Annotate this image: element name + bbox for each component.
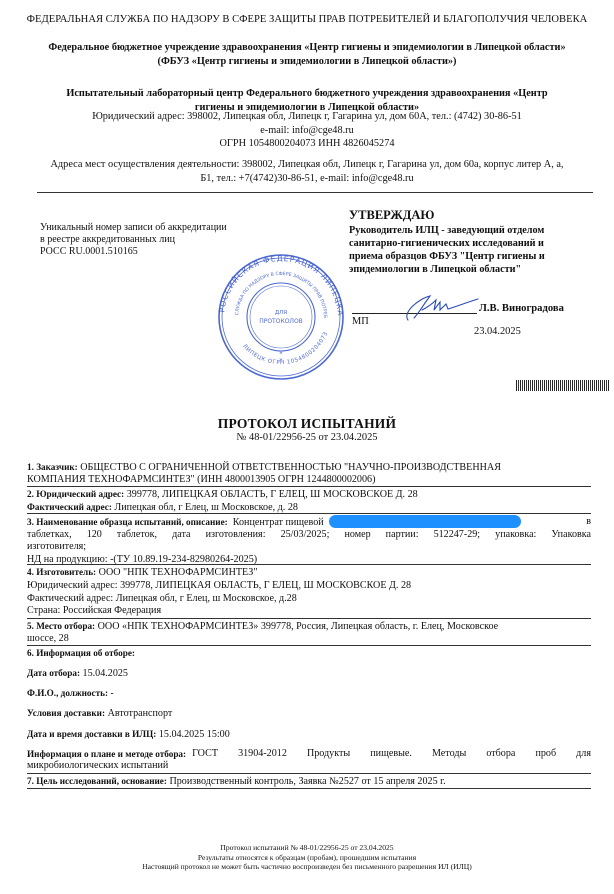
sampling-method-line2: микробиологических испытаний xyxy=(27,760,591,772)
sampling-date-label: Дата отбора: xyxy=(27,668,80,678)
delivery-datetime-row: Дата и время доставки в ИЛЦ: 15.04.2025 … xyxy=(27,728,591,741)
protocol-number: № 48-01/22956-25 от 23.04.2025 xyxy=(0,432,614,443)
section-purpose: 7. Цель исследований, основание: Произво… xyxy=(27,775,591,788)
approval-title: УТВЕРЖДАЮ xyxy=(349,208,434,223)
accreditation-line2: в реестре аккредитованных лиц xyxy=(40,234,300,246)
footer-results-note: Результаты относятся к образцам (пробам)… xyxy=(0,853,614,863)
approval-line1: Руководитель ИЛЦ - заведующий отделом xyxy=(349,224,599,237)
legal-address-label: 2. Юридический адрес: xyxy=(27,489,124,499)
sampling-place-label: 5. Место отбора: xyxy=(27,621,95,631)
ministry-heading: ФЕДЕРАЛЬНАЯ СЛУЖБА ПО НАДЗОРУ В СФЕРЕ ЗА… xyxy=(20,13,594,26)
sampling-method-line1: ГОСТ 31904-2012 Продукты пищевые. Методы… xyxy=(192,748,591,760)
delivery-conditions-row: Условия доставки: Автотранспорт xyxy=(27,707,591,720)
customer-name-line1: ОБЩЕСТВО С ОГРАНИЧЕННОЙ ОТВЕТСТВЕННОСТЬЮ… xyxy=(80,462,501,473)
responsible-person-row: Ф.И.О., должность: - xyxy=(27,687,591,700)
footer-protocol-ref: Протокол испытаний № 48-01/22956-25 от 2… xyxy=(0,843,614,853)
sample-label: 3. Наименование образца испытаний, описа… xyxy=(27,517,228,527)
ogrn-inn: ОГРН 1054800204073 ИНН 4826045274 xyxy=(20,137,594,151)
header-divider xyxy=(37,192,593,193)
customer-name-line2: КОМПАНИЯ ТЕХНОФАРМСИНТЕЗ" (ИНН 480001390… xyxy=(27,474,591,486)
section-divider xyxy=(27,773,591,774)
section-divider xyxy=(27,788,591,789)
approval-line2: санитарно-гигиенических исследований и xyxy=(349,237,599,250)
svg-text:ДЛЯ: ДЛЯ xyxy=(275,310,287,316)
sampling-place-line1: ООО «НПК ТЕХНОФАРМСИНТЕЗ» 399778, Россия… xyxy=(98,621,499,632)
sampling-date-value: 15.04.2025 xyxy=(83,668,128,679)
section-sample: 3. Наименование образца испытаний, описа… xyxy=(27,515,591,566)
accreditation-line1: Уникальный номер записи об аккредитации xyxy=(40,222,300,234)
delivery-datetime-value: 15.04.2025 15:00 xyxy=(159,729,230,740)
actual-address-value: Липецкая обл, г Елец, ш Московское, д. 2… xyxy=(114,502,298,513)
manufacturer-country: Страна: Российская Федерация xyxy=(27,605,591,618)
fbuz-heading: Федеральное бюджетное учреждение здравоо… xyxy=(20,41,594,68)
responsible-person-value: - xyxy=(111,688,114,698)
svg-text:ПРОТОКОЛОВ: ПРОТОКОЛОВ xyxy=(259,318,303,325)
customer-label: 1. Заказчик: xyxy=(27,462,78,472)
svg-text:*: * xyxy=(279,357,283,365)
signer-name: Л.В. Виноградова xyxy=(479,303,564,314)
approval-date: 23.04.2025 xyxy=(474,326,521,337)
section-manufacturer: 4. Изготовитель: ООО "НПК ТЕХНОФАРМСИНТЕ… xyxy=(27,566,591,618)
sample-desc-line2: таблетках, 120 таблеток, дата изготовлен… xyxy=(27,529,591,541)
protocol-title: ПРОТОКОЛ ИСПЫТАНИЙ xyxy=(0,416,614,432)
responsible-person-label: Ф.И.О., должность: xyxy=(27,688,108,698)
legal-address-value: 399778, ЛИПЕЦКАЯ ОБЛАСТЬ, Г ЕЛЕЦ, Ш МОСК… xyxy=(127,489,418,500)
section-sampling-place: 5. Место отбора: ООО «НПК ТЕХНОФАРМСИНТЕ… xyxy=(27,620,591,645)
actual-address-label: Фактический адрес: xyxy=(27,502,112,512)
approval-line4: эпидемиологии в Липецкой области" xyxy=(349,263,599,276)
fbuz-short-name: (ФБУЗ «Центр гигиены и эпидемиологии в Л… xyxy=(20,55,594,69)
section-divider xyxy=(27,513,591,514)
manufacturer-label: 4. Изготовитель: xyxy=(27,567,96,577)
delivery-conditions-label: Условия доставки: xyxy=(27,708,105,718)
page-footer: Протокол испытаний № 48-01/22956-25 от 2… xyxy=(0,843,614,872)
approval-line3: приема образцов ФБУЗ "Центр гигиены и xyxy=(349,250,599,263)
section-divider xyxy=(27,486,591,487)
ilc-name-line1: Испытательный лабораторный центр Федерал… xyxy=(20,87,594,101)
activity-address-line2: Б1, тел.: +7(4742)30-86-51, e-mail: info… xyxy=(20,172,594,186)
section-sampling-info: 6. Информация об отборе: xyxy=(27,647,591,659)
seal-place-label: МП xyxy=(352,316,369,327)
email: e-mail: info@cge48.ru xyxy=(20,124,594,138)
sampling-date-row: Дата отбора: 15.04.2025 xyxy=(27,667,591,680)
sample-desc-continuation: в xyxy=(586,516,591,528)
activity-addresses: Адреса мест осуществления деятельности: … xyxy=(20,158,594,185)
official-stamp: РОССИЙСКАЯ ФЕДЕРАЦИЯ ЛИПЕЦКАЯ ОБЛАСТЬ СЛ… xyxy=(210,252,352,382)
sampling-info-label: 6. Информация об отборе: xyxy=(27,647,591,659)
barcode xyxy=(516,380,609,391)
sample-desc-line3: изготовителя; xyxy=(27,541,591,553)
section-divider xyxy=(27,618,591,619)
handwritten-signature xyxy=(400,292,480,324)
footer-reproduction-note: Настоящий протокол не может быть частичн… xyxy=(0,862,614,872)
approval-position: Руководитель ИЛЦ - заведующий отделом са… xyxy=(349,224,599,276)
delivery-datetime-label: Дата и время доставки в ИЛЦ: xyxy=(27,729,156,739)
delivery-conditions-value: Автотранспорт xyxy=(108,708,173,719)
redacted-product-name xyxy=(329,515,521,528)
svg-text:ЛИПЕЦК ОГРН 1054800204073: ЛИПЕЦК ОГРН 1054800204073 xyxy=(241,331,329,366)
fbuz-name: Федеральное бюджетное учреждение здравоо… xyxy=(20,41,594,55)
purpose-label: 7. Цель исследований, основание: xyxy=(27,776,167,786)
activity-address-line1: Адреса мест осуществления деятельности: … xyxy=(20,158,594,172)
section-legal-address: 2. Юридический адрес: 399778, ЛИПЕЦКАЯ О… xyxy=(27,488,591,514)
section-divider xyxy=(27,645,591,646)
section-divider xyxy=(27,564,591,565)
manufacturer-actual-address: Фактический адрес: Липецкая обл, г Елец,… xyxy=(27,593,591,606)
ministry-name: ФЕДЕРАЛЬНАЯ СЛУЖБА ПО НАДЗОРУ В СФЕРЕ ЗА… xyxy=(27,14,588,25)
manufacturer-name: ООО "НПК ТЕХНОФАРМСИНТЕЗ" xyxy=(99,567,258,578)
sampling-place-line2: шоссе, 28 xyxy=(27,633,591,645)
ilc-contacts: Юридический адрес: 398002, Липецкая обл,… xyxy=(20,110,594,151)
legal-address: Юридический адрес: 398002, Липецкая обл,… xyxy=(20,110,594,124)
manufacturer-legal-address: Юридический адрес: 399778, ЛИПЕЦКАЯ ОБЛА… xyxy=(27,580,591,593)
section-customer: 1. Заказчик: ОБЩЕСТВО С ОГРАНИЧЕННОЙ ОТВ… xyxy=(27,461,591,486)
sample-desc-start: Концентрат пищевой xyxy=(233,517,324,528)
sampling-method-row: Информация о плане и методе отбора: ГОСТ… xyxy=(27,748,591,772)
purpose-value: Производственный контроль, Заявка №2527 … xyxy=(169,776,445,787)
sampling-method-label: Информация о плане и методе отбора: xyxy=(27,748,186,760)
